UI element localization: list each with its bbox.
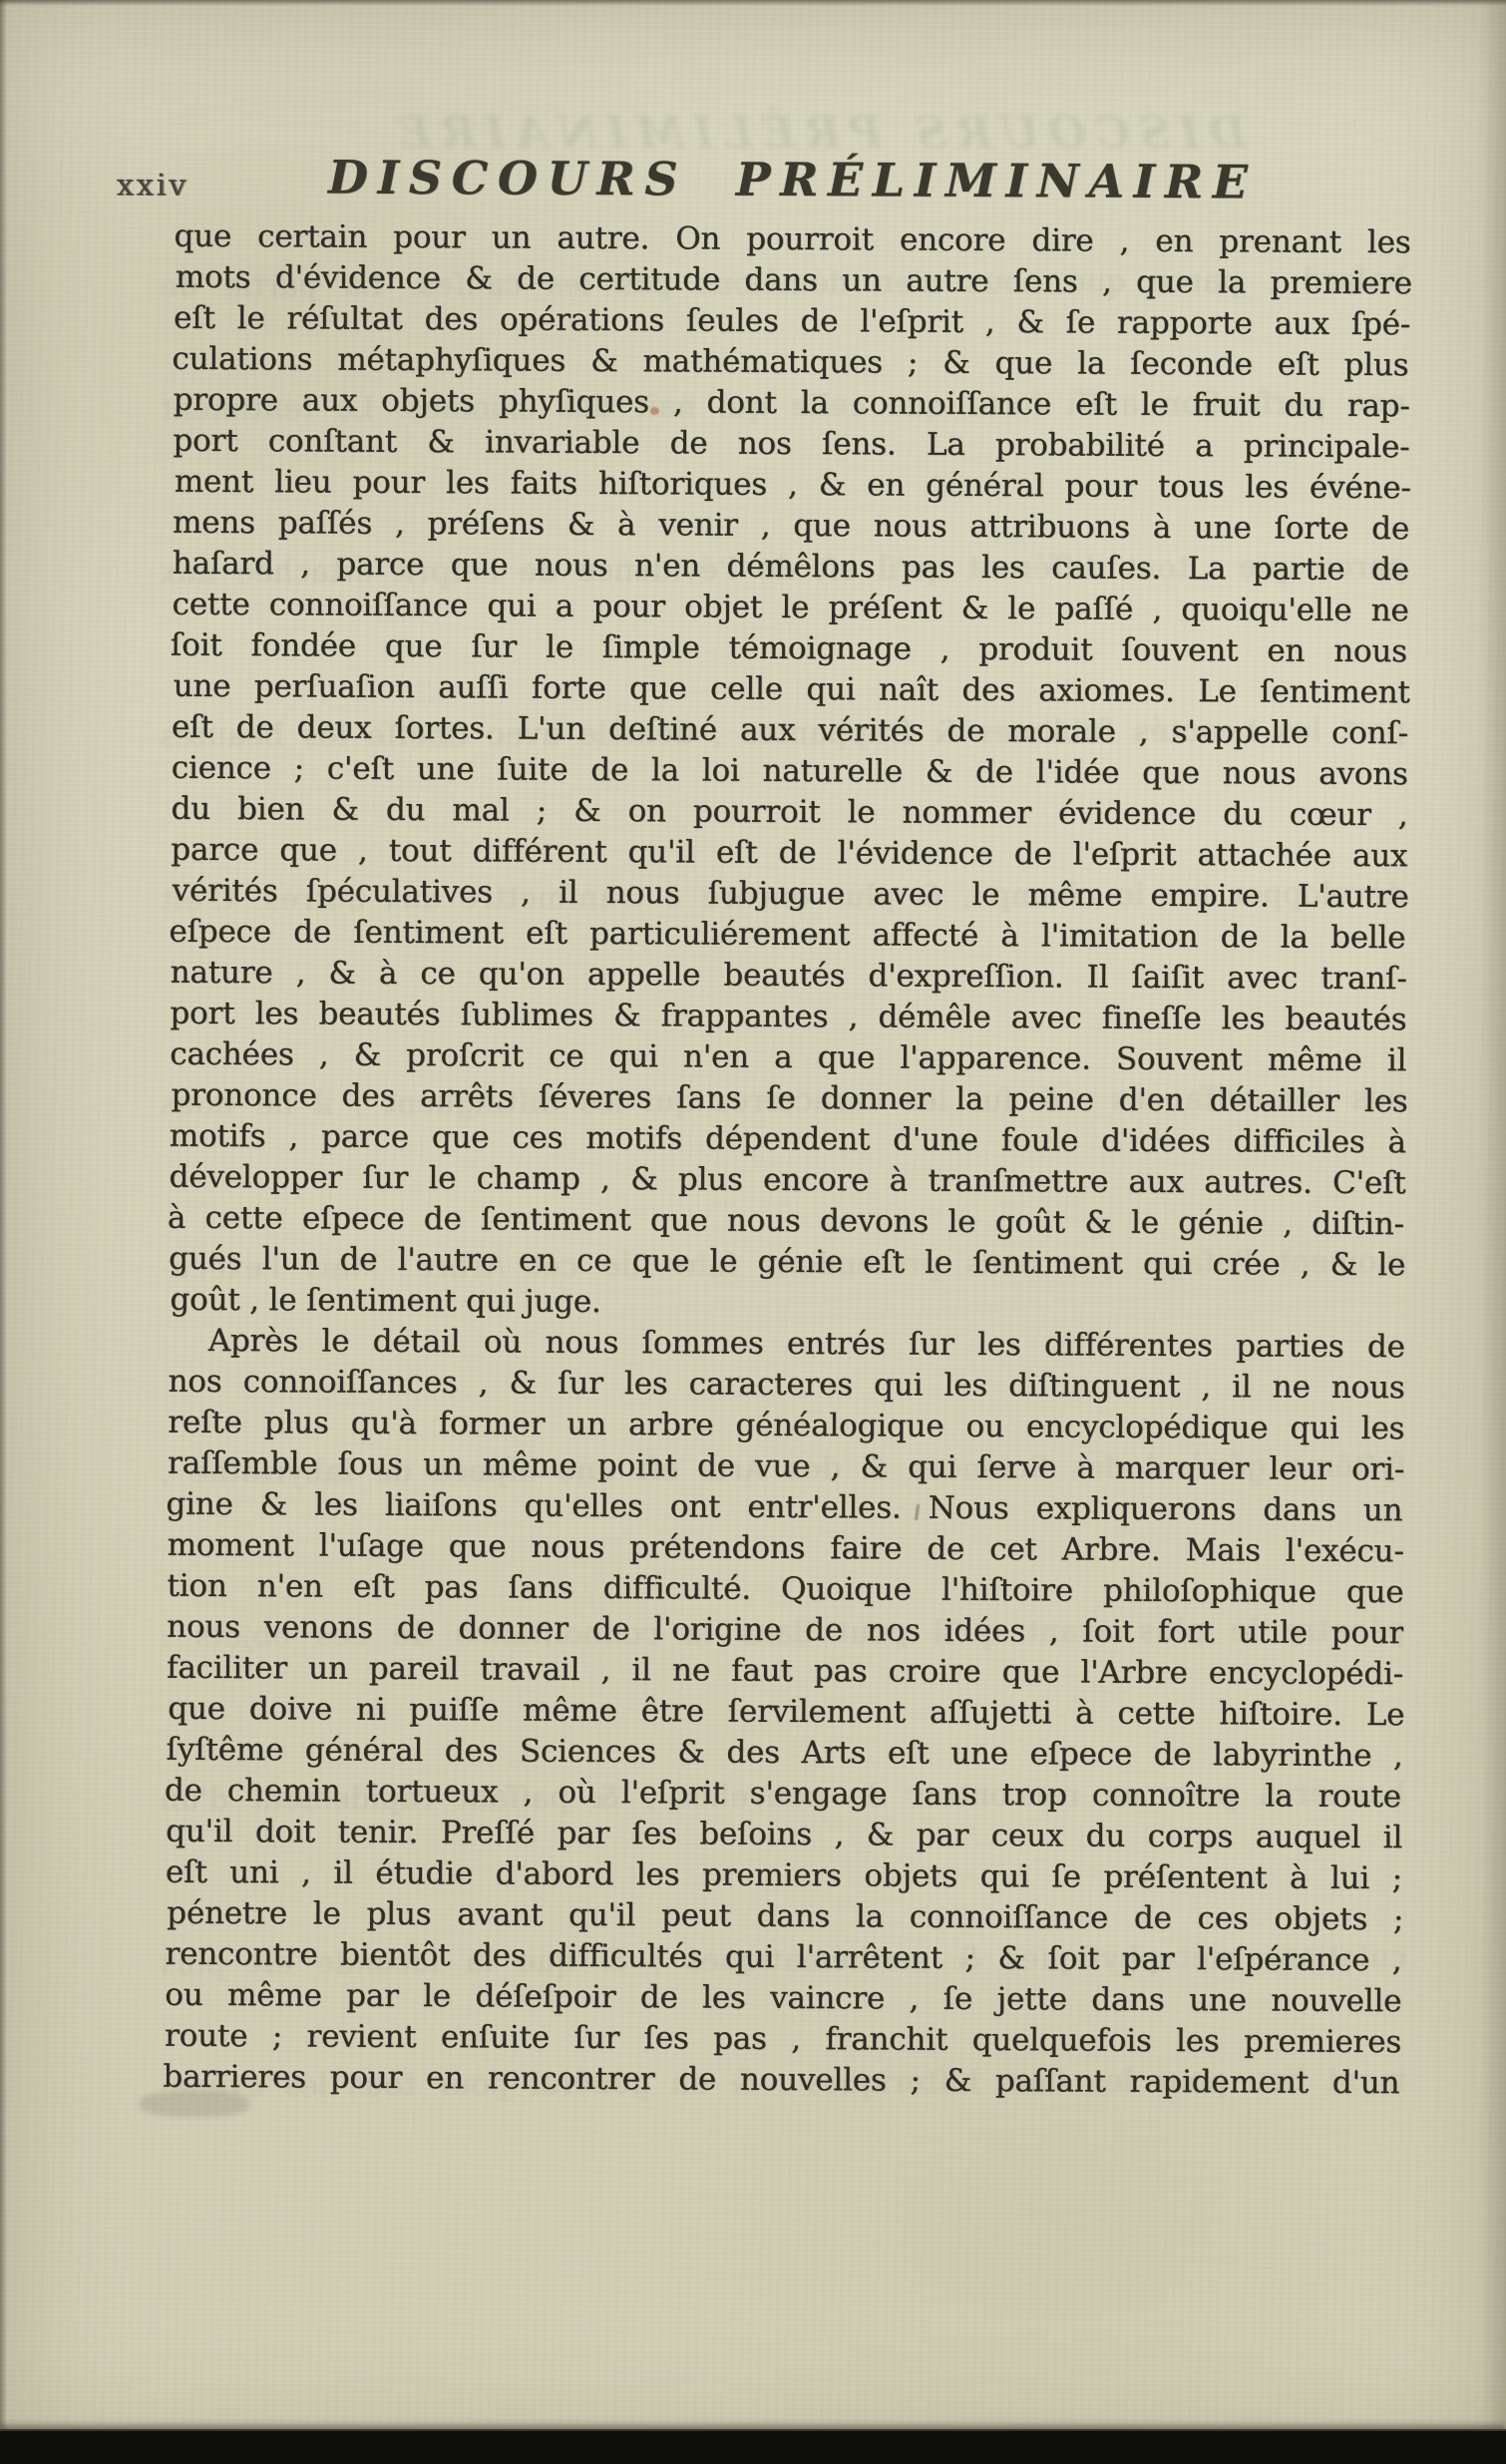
text-line: barrieres pour en rencontrer de nouvelle… (163, 2057, 1399, 2104)
text-line: ſoit fondée que ſur le ſimple témoignage… (171, 625, 1407, 672)
text-line: faciliter un pareil travail , il ne faut… (167, 1648, 1403, 1695)
ink-speck (650, 407, 659, 415)
text-line: que certain pour un autre. On pourroit e… (174, 216, 1410, 263)
text-line: motifs , parce que ces motifs dépendent … (170, 1116, 1406, 1163)
text-line: port conſtant & invariable de nos ſens. … (173, 421, 1409, 468)
text-line: mots d'évidence & de certitude dans un a… (176, 257, 1412, 304)
text-line: à cette eſpece de ſentiment que nous dev… (168, 1198, 1404, 1245)
text-line: parce que , tout différent qu'il eſt de … (171, 830, 1407, 877)
text-line: gués l'un de l'autre en ce que le génie … (169, 1239, 1405, 1286)
text-line: une perſuaſion auſſi forte que celle qui… (174, 666, 1410, 713)
text-line: haſard , parce que nous n'en démêlons pa… (173, 544, 1409, 591)
page-number: xxiv (117, 168, 189, 203)
text-line: cience ; c'eſt une ſuite de la loi natur… (172, 748, 1408, 795)
text-line: cachées , & proſcrit ce qui n'en a que l… (170, 1034, 1406, 1081)
running-title: DISCOURS PRÉLIMINAIRE (175, 147, 1411, 212)
scan-edge-top (0, 0, 1506, 6)
text-line: nature , & à ce qu'on appelle beautés d'… (171, 953, 1407, 1000)
text-line: prononce des arrêts ſéveres ſans ſe donn… (171, 1075, 1407, 1122)
text-line: cette connoiſſance qui a pour objet le p… (172, 585, 1408, 631)
text-line: tion n'en eſt pas ſans difficulté. Quoiq… (167, 1566, 1403, 1613)
text-line: gine & les liaiſons qu'elles ont entr'el… (166, 1484, 1402, 1531)
text-line: du bien & du mal ; & on pourroit le nomm… (171, 789, 1407, 836)
text-line: ou même par le déſeſpoir de les vaincre … (165, 1975, 1401, 2022)
text-line: mens paſſés , préſens & à venir , que no… (173, 503, 1409, 550)
scan-edge-right (1480, 0, 1506, 2464)
text-line: propre aux objets phyſiques , dont la co… (174, 380, 1410, 427)
text-line: moment l'uſage que nous prétendons faire… (168, 1525, 1404, 1572)
scanned-page: DISCOURS PRÉLIMINAIREhaſard , parce que … (0, 0, 1506, 2464)
text-line: eſpece de ſentiment eſt particuliérement… (169, 912, 1405, 959)
text-line: port les beautés ſublimes & frappantes ,… (170, 994, 1406, 1040)
text-line: Après le détail où nous ſommes entrés ſu… (169, 1321, 1405, 1368)
text-line: pénetre le plus avant qu'il peut dans la… (167, 1893, 1403, 1940)
running-header: xxiv DISCOURS PRÉLIMINAIRE (175, 147, 1411, 216)
text-line: eſt uni , il étudie d'abord les premiers… (166, 1852, 1402, 1899)
page-content: xxiv DISCOURS PRÉLIMINAIRE que certain p… (165, 147, 1411, 2104)
text-line: eſt le réſultat des opérations ſeules de… (174, 298, 1410, 345)
text-line: de chemin tortueux , où l'eſprit s'engag… (165, 1771, 1401, 1818)
text-line: nos connoiſſances , & ſur les caracteres… (168, 1362, 1404, 1409)
text-line: ſyſtême général des Sciences & des Arts … (166, 1730, 1402, 1777)
text-line: route ; revient enſuite ſur ſes pas , fr… (165, 2016, 1401, 2063)
text-line: développer ſur le champ , & plus encore … (169, 1157, 1405, 1204)
text-line: raſſemble ſous un même point de vue , & … (168, 1443, 1404, 1490)
pencil-smudge (140, 2091, 249, 2117)
text-line: que doive ni puiſſe même être ſervilemen… (168, 1689, 1404, 1736)
text-line: culations métaphyſiques & mathématiques … (172, 339, 1408, 386)
text-line: ment lieu pour les faits hiſtoriques , &… (175, 462, 1411, 509)
text-line: vérités ſpéculatives , il nous ſubjugue … (172, 871, 1408, 918)
text-line: nous venons de donner de l'origine de no… (167, 1607, 1403, 1654)
text-line: reſte plus qu'à former un arbre généalog… (168, 1403, 1404, 1449)
text-line: rencontre bientôt des difficultés qui l'… (165, 1934, 1401, 1981)
text-line: qu'il doit tenir. Preſſé par ſes beſoins… (166, 1812, 1402, 1858)
scan-edge-bottom (0, 2429, 1506, 2464)
text-line: goût , le ſentiment qui juge. (170, 1280, 1406, 1327)
body-text: que certain pour un autre. On pourroit e… (165, 216, 1411, 2104)
scan-edge-left (0, 0, 7, 2464)
text-line: eſt de deux ſortes. L'un deſtiné aux vér… (172, 707, 1408, 754)
